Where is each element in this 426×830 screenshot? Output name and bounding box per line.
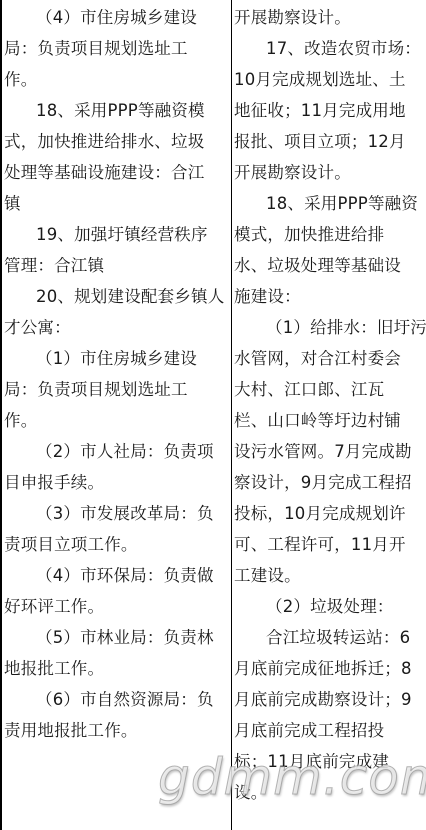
text-line: 作。 [4,405,231,436]
text-line: （3）市发展改革局：负 [4,498,231,529]
text-line: 月底前完成征地拆迁；8 [234,653,426,684]
text-line: （4）市环保局：负责做 [4,560,231,591]
right-column-text: 开展勘察设计。17、改造农贸市场：10月完成规划选址、土地征收；11月完成用地报… [234,2,426,808]
text-line: 地报批工作。 [4,653,231,684]
text-line: （2）垃圾处理： [234,591,426,622]
text-line: 责项目立项工作。 [4,529,231,560]
text-line: 管理：合江镇 [4,250,231,281]
text-line: （6）市自然资源局：负 [4,684,231,715]
text-line: 投标，10月完成规划许 [234,498,426,529]
text-line: 式，加快推进给排水、垃圾 [4,126,231,157]
text-line: 地征收；11月完成用地 [234,95,426,126]
text-line: 水、垃圾处理等基础设 [234,250,426,281]
text-line: 工建设。 [234,560,426,591]
text-line: 水管网，对合江村委会 [234,343,426,374]
text-line: 开展勘察设计。 [234,157,426,188]
text-line: 18、采用PPP等融资模 [4,95,231,126]
text-line: 模式，加快推进给排 [234,219,426,250]
document-table: （4）市住房城乡建设局：负责项目规划选址工作。18、采用PPP等融资模式，加快推… [0,0,426,830]
text-line: （5）市林业局：负责林 [4,622,231,653]
text-line: 18、采用PPP等融资 [234,188,426,219]
text-line: 栏、山口岭等圩边村铺 [234,405,426,436]
text-line: 20、规划建设配套乡镇人 [4,281,231,312]
text-line: （1）给排水：旧圩污 [234,312,426,343]
left-column: （4）市住房城乡建设局：负责项目规划选址工作。18、采用PPP等融资模式，加快推… [0,0,232,830]
text-line: 责用地报批工作。 [4,715,231,746]
text-line: 月底前完成工程招投 [234,715,426,746]
text-line: 镇 [4,188,231,219]
text-line: 10月完成规划选址、土 [234,64,426,95]
text-line: 17、改造农贸市场： [234,33,426,64]
text-line: 开展勘察设计。 [234,2,426,33]
text-line: 报批、项目立项；12月 [234,126,426,157]
text-line: 目申报手续。 [4,467,231,498]
text-line: 处理等基础设施建设：合江 [4,157,231,188]
text-line: 施建设： [234,281,426,312]
text-line: 19、加强圩镇经营秩序 [4,219,231,250]
text-line: 察设计，9月完成工程招 [234,467,426,498]
text-line: 合江垃圾转运站：6 [234,622,426,653]
text-line: 才公寓： [4,312,231,343]
text-line: 大村、江口郎、江瓦 [234,374,426,405]
text-line: 局：负责项目规划选址工 [4,33,231,64]
left-column-text: （4）市住房城乡建设局：负责项目规划选址工作。18、采用PPP等融资模式，加快推… [4,2,231,746]
right-column: 开展勘察设计。17、改造农贸市场：10月完成规划选址、土地征收；11月完成用地报… [232,0,426,830]
text-line: 标；11月底前完成建 [234,746,426,777]
text-line: （4）市住房城乡建设 [4,2,231,33]
text-line: 月底前完成勘察设计；9 [234,684,426,715]
text-line: 局：负责项目规划选址工 [4,374,231,405]
text-line: （2）市人社局：负责项 [4,436,231,467]
text-line: 设。 [234,777,426,808]
text-line: 可、工程许可，11月开 [234,529,426,560]
text-line: 好环评工作。 [4,591,231,622]
text-line: 作。 [4,64,231,95]
text-line: 设污水管网。7月完成勘 [234,436,426,467]
text-line: （1）市住房城乡建设 [4,343,231,374]
